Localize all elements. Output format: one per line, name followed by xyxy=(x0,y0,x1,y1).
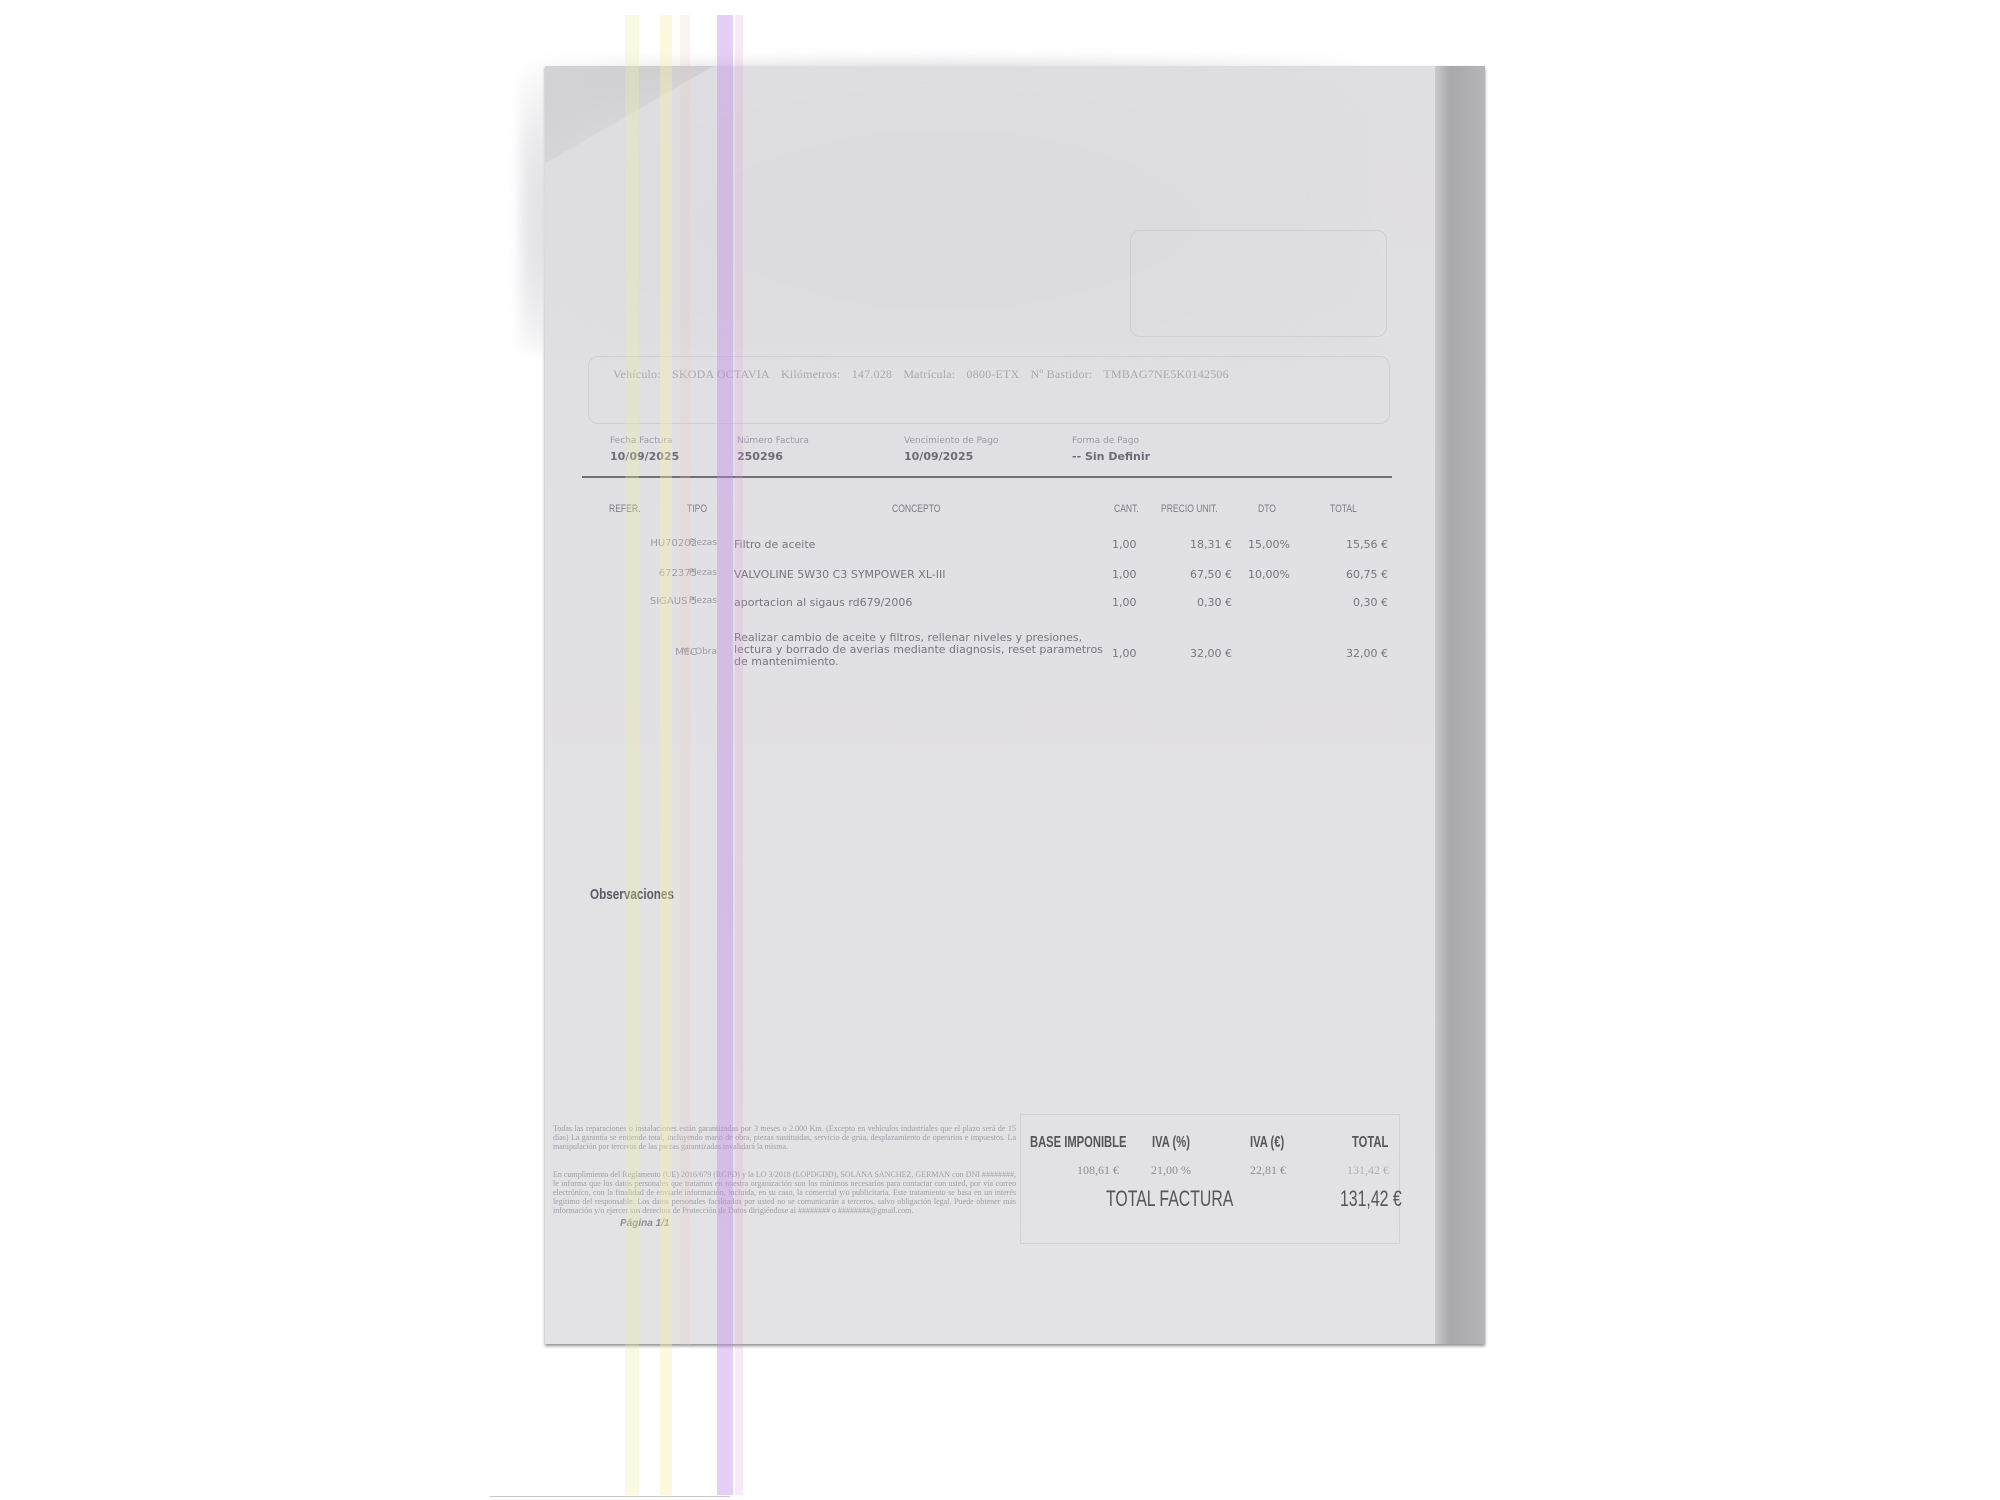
vehicle-label: Vehículo: xyxy=(613,367,661,381)
col-header-dto: DTO xyxy=(1258,503,1276,515)
col-header-precio: PRECIO UNIT. xyxy=(1161,503,1218,515)
col-header-refer: REFER. xyxy=(609,503,640,515)
cell-total: 15,56 € xyxy=(1310,538,1388,551)
invoice-number: Número Factura 250296 xyxy=(737,436,809,463)
col-header-cant: CANT. xyxy=(1114,503,1139,515)
cell-tipo: Piezas xyxy=(657,596,717,606)
payment-method: Forma de Pago -- Sin Definir xyxy=(1072,436,1150,463)
cell-cant: 1,00 xyxy=(1112,538,1137,551)
base-imponible-value: 108,61 € xyxy=(1077,1163,1119,1178)
col-header-total: TOTAL xyxy=(1330,503,1357,515)
col-header-concepto: CONCEPTO xyxy=(892,503,940,515)
km-value: 147.028 xyxy=(852,367,892,381)
cell-precio: 18,31 € xyxy=(1150,538,1232,551)
iva-pct-value: 21,00 % xyxy=(1151,1163,1191,1178)
cell-total: 32,00 € xyxy=(1310,647,1388,660)
vin-label: Nº Bastidor: xyxy=(1031,367,1093,381)
col-header-tipo: TIPO xyxy=(687,503,707,515)
vehicle-info-box: Vehículo: SKODA OCTAVIA Kilómetros: 147.… xyxy=(588,356,1390,424)
plate-value: 0800-ETX xyxy=(967,367,1020,381)
cell-concepto: Realizar cambio de aceite y filtros, rel… xyxy=(734,632,1104,668)
cell-tipo: M. Obra xyxy=(657,647,717,657)
total-factura-label: TOTAL FACTURA xyxy=(1106,1186,1233,1212)
cell-precio: 0,30 € xyxy=(1150,596,1232,609)
cell-tipo: Piezas xyxy=(657,568,717,578)
cell-total: 0,30 € xyxy=(1310,596,1388,609)
cell-precio: 67,50 € xyxy=(1150,568,1232,581)
base-imponible-label: BASE IMPONIBLE xyxy=(1030,1134,1126,1152)
cell-dto: 15,00% xyxy=(1248,538,1290,551)
total-label: TOTAL xyxy=(1352,1134,1388,1152)
cell-concepto: Filtro de aceite xyxy=(734,538,815,551)
vehicle-line: Vehículo: SKODA OCTAVIA Kilómetros: 147.… xyxy=(613,367,1237,382)
cell-total: 60,75 € xyxy=(1310,568,1388,581)
total-factura-value: 131,42 € xyxy=(1340,1186,1402,1212)
header-divider xyxy=(582,476,1392,478)
bottom-rule xyxy=(490,1496,730,1497)
cell-precio: 32,00 € xyxy=(1150,647,1232,660)
page-shadow-edge xyxy=(1435,66,1485,1344)
cell-concepto: VALVOLINE 5W30 C3 SYMPOWER XL-III xyxy=(734,568,945,581)
cell-cant: 1,00 xyxy=(1112,568,1137,581)
iva-eur-value: 22,81 € xyxy=(1250,1163,1286,1178)
iva-pct-label: IVA (%) xyxy=(1152,1134,1190,1152)
payment-due-date: Vencimiento de Pago 10/09/2025 xyxy=(904,436,998,463)
vin-value: TMBAG7NE5K0142506 xyxy=(1103,367,1228,381)
warranty-text: Todas las reparaciones o instalaciones e… xyxy=(553,1124,1016,1151)
cell-cant: 1,00 xyxy=(1112,596,1137,609)
vehicle-model: SKODA OCTAVIA xyxy=(672,367,770,381)
data-protection-text: En cumplimiento del Reglamento (UE) 2016… xyxy=(553,1170,1016,1215)
observaciones-label: Observaciones xyxy=(590,886,674,903)
iva-eur-label: IVA (€) xyxy=(1250,1134,1284,1152)
client-info-box xyxy=(1130,230,1387,337)
total-value: 131,42 € xyxy=(1347,1163,1389,1178)
plate-label: Matrícula: xyxy=(903,367,955,381)
cell-tipo: Piezas xyxy=(657,538,717,548)
page-number: Página 1/1 xyxy=(620,1218,669,1229)
cell-cant: 1,00 xyxy=(1112,647,1137,660)
km-label: Kilómetros: xyxy=(781,367,841,381)
cell-concepto: aportacion al sigaus rd679/2006 xyxy=(734,596,912,609)
invoice-date: Fecha Factura 10/09/2025 xyxy=(610,436,679,463)
cell-dto: 10,00% xyxy=(1248,568,1290,581)
